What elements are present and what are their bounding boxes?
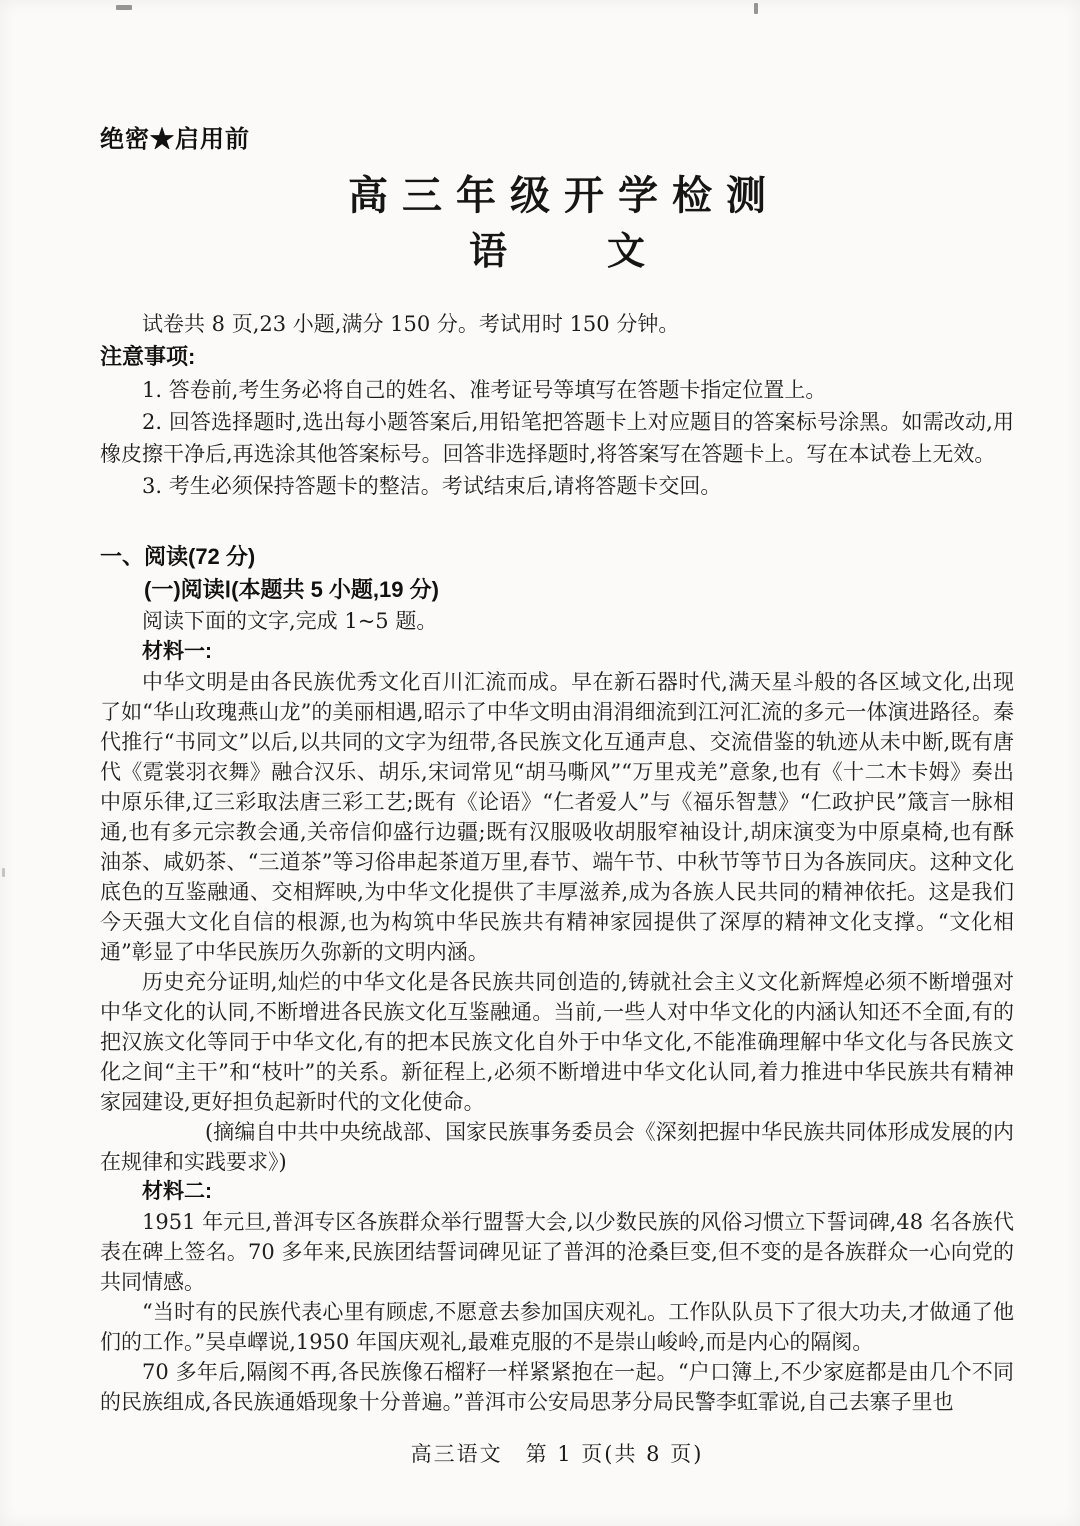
material-two-paragraph-1: 1951 年元旦,普洱专区各族群众举行盟誓大会,以少数民族的风俗习惯立下誓词碑,… (100, 1207, 1014, 1297)
exam-paper-page: 绝密★启用前 高三年级开学检测 语 文 试卷共 8 页,23 小题,满分 150… (0, 0, 1080, 1526)
notice-heading: 注意事项: (100, 340, 1014, 374)
material-two-paragraph-3: 70 多年后,隔阂不再,各民族像石榴籽一样紧紧抱在一起。“户口簿上,不少家庭都是… (100, 1357, 1014, 1417)
material-two-label: 材料二: (100, 1177, 1014, 1207)
material-one-paragraph-1: 中华文明是由各民族优秀文化百川汇流而成。早在新石器时代,满天星斗般的各区域文化,… (100, 667, 1014, 967)
material-one-paragraph-2: 历史充分证明,灿烂的中华文化是各民族共同创造的,铸就社会主义文化新辉煌必须不断增… (100, 967, 1014, 1117)
material-one-attribution: (摘编自中共中央统战部、国家民族事务委员会《深刻把握中华民族共同体形成发展的内在… (100, 1117, 1014, 1177)
scan-artifact (2, 868, 5, 877)
material-two-paragraph-2: “当时有的民族代表心里有顾虑,不愿意去参加国庆观礼。工作队队员下了很大功夫,才做… (100, 1297, 1014, 1357)
notice-item-3: 3. 考生必须保持答题卡的整洁。考试结束后,请将答题卡交回。 (100, 470, 1014, 502)
page-footer: 高三语文 第 1 页(共 8 页) (100, 1439, 1014, 1469)
section-one-sub-heading: (一)阅读Ⅰ(本题共 5 小题,19 分) (100, 573, 1014, 606)
scan-artifact (754, 3, 758, 14)
material-one-label: 材料一: (100, 637, 1014, 667)
notice-item-1: 1. 答卷前,考生务必将自己的姓名、准考证号等填写在答题卡指定位置上。 (100, 374, 1014, 406)
exam-info-line: 试卷共 8 页,23 小题,满分 150 分。考试用时 150 分钟。 (100, 308, 1014, 340)
notice-item-2: 2. 回答选择题时,选出每小题答案后,用铅笔把答题卡上对应题目的答案标号涂黑。如… (100, 406, 1014, 470)
reading-instruction: 阅读下面的文字,完成 1~5 题。 (100, 606, 1014, 637)
scan-artifact (116, 5, 132, 10)
section-one-heading: 一、阅读(72 分) (100, 540, 1014, 573)
subject-title: 语 文 (100, 226, 1014, 276)
exam-title: 高三年级开学检测 (100, 170, 1014, 222)
secrecy-label: 绝密★启用前 (100, 126, 1014, 154)
